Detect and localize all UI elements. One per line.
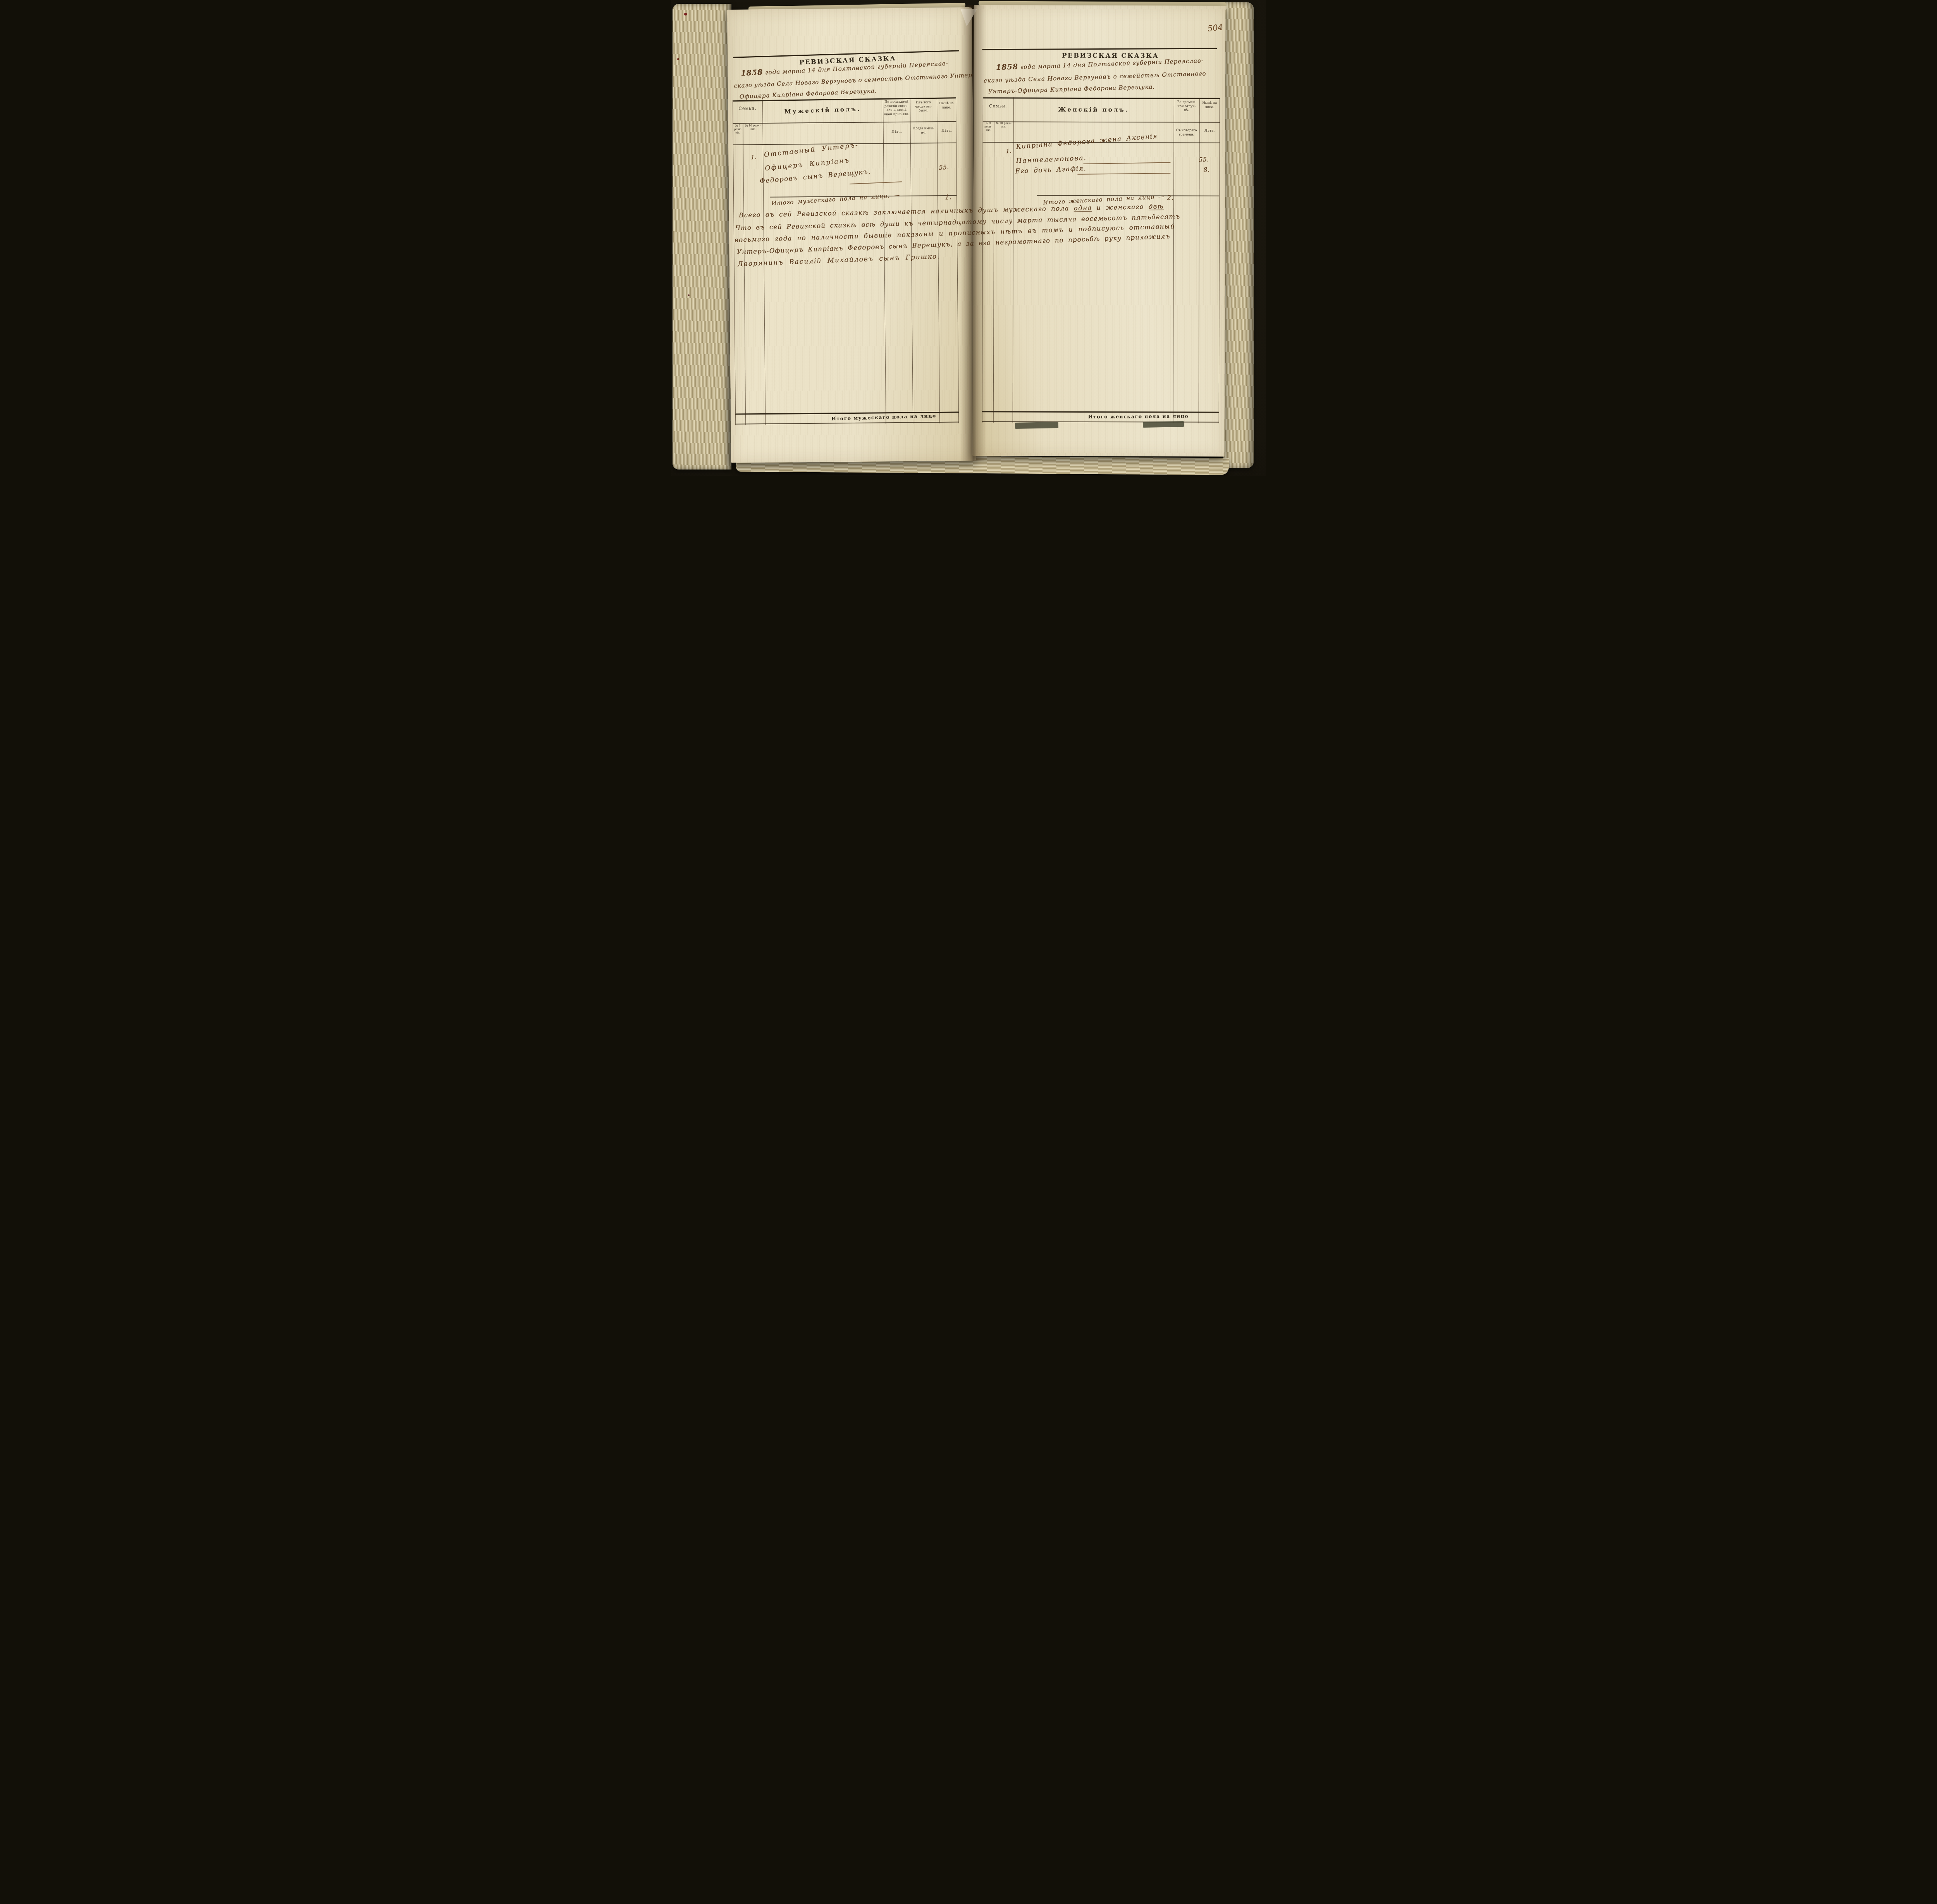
left-col-rev9-header: № 9 реви- зіи. [733, 124, 743, 134]
left-col-rev10-header: № 10 реви- зіи. [743, 124, 762, 131]
left-col-last-revision-subheader: Лѣта. [884, 130, 910, 135]
right-table-line-col2 [1199, 98, 1200, 423]
right-entry1-dash-line [1083, 162, 1170, 164]
left-col-present-subheader: Лѣта. [938, 129, 956, 134]
right-title-rule [982, 48, 1217, 50]
right-entry1-line-2: Пантелемонова. [1016, 154, 1087, 165]
dust-speck [688, 294, 690, 296]
right-heading-line-3: Унтеръ-Офицера Кипріана Федорова Верещук… [988, 83, 1155, 95]
right-entry2-line-1: Его дочь Агафія. [1015, 165, 1087, 175]
left-col-last-revision-header: По послѣдней ревизіи состо- яло и послѣ … [884, 100, 909, 116]
left-col-family-header: Семьи. [733, 106, 762, 112]
left-table-border-right [956, 98, 959, 423]
right-table-top-rule [983, 97, 1220, 99]
right-table-border-right [1219, 98, 1220, 423]
left-table-header-divider [733, 121, 956, 124]
left-col-males-header: Мужескій полъ. [762, 105, 883, 116]
page-stack-right-edge [1223, 2, 1254, 468]
left-entry-family-number: 1. [751, 153, 757, 161]
left-total-label: Итого мужескаго пола на лицо. — [771, 191, 900, 206]
right-total-value: 2. [1167, 194, 1173, 202]
right-col-present-header: Нынѣ на лицо. [1200, 101, 1219, 109]
left-col-departed-subheader: Когда имен- но. [911, 126, 936, 134]
right-col-absence-subheader: Съ котораго времени. [1175, 128, 1199, 136]
left-entry-dash-line [850, 181, 902, 184]
left-entry-line-2: Офицеръ Кипріанъ [765, 157, 850, 172]
right-table-line-family-right [1013, 97, 1014, 423]
left-table-line-col3 [937, 98, 940, 423]
left-table-bottom-rule [735, 422, 959, 425]
right-col-rev10-header: № 10 реви- зіи. [994, 122, 1013, 129]
right-table-footer-rule [982, 411, 1219, 413]
right-table-border-left [982, 97, 983, 423]
folio-page-number: 504 [1207, 22, 1223, 33]
right-col-present-subheader: Лѣта. [1200, 129, 1219, 134]
archival-book-scan: РЕВИЗСКАЯ СКАЗКА 1858 года марта 14 дня … [671, 0, 1266, 476]
right-footer-label: Итого женскаго пола на лицо [1088, 413, 1189, 420]
left-entry-age: 55. [939, 163, 949, 171]
dust-speck [677, 58, 679, 60]
left-heading-year: 1858 [741, 68, 763, 78]
right-table: Семьи. Женскій полъ. Во времен- ной отлу… [982, 97, 1220, 423]
right-heading-year: 1858 [996, 62, 1018, 72]
right-table-header-divider [983, 121, 1220, 122]
right-table-line-females-right [1173, 98, 1174, 423]
dust-speck [684, 13, 687, 15]
left-heading-line-3: Офицера Кипріана Федорова Верещука. [739, 87, 877, 100]
right-entry1-age: 55. [1199, 155, 1209, 163]
right-col-rev9-header: № 9 реви- зіи. [983, 122, 994, 132]
summary-line-1-mid: и женскаго [1092, 203, 1149, 212]
left-table-line-rev-split [743, 123, 746, 425]
right-heading-line-2: скаго уѣзда Села Новаго Вергуновъ о семе… [984, 70, 1206, 84]
left-col-departed-header: Изъ того числа вы- было. [911, 100, 936, 112]
right-table-line-rev-split [993, 121, 994, 423]
left-footer-label: Итого мужескаго пола на лицо [831, 413, 936, 421]
right-col-family-header: Семьи. [983, 103, 1013, 109]
summary-line-1-underlined-male-count: одна [1073, 204, 1092, 212]
right-entry2-dash-line [1077, 173, 1170, 174]
ink-bleed-mark [1143, 421, 1184, 428]
summary-line-1-underlined-female-count: двѣ [1148, 203, 1164, 210]
right-col-absence-header: Во времен- ной отлуч- кѣ. [1175, 100, 1199, 112]
right-entry2-age: 8. [1203, 166, 1209, 174]
right-entry1-family-number: 1. [1006, 148, 1012, 155]
left-table-border-left [733, 100, 736, 425]
right-entry1-line-1: Кипріана Федорова жена Аксенія [1016, 132, 1158, 151]
ink-bleed-mark [1015, 422, 1058, 429]
left-total-value: 1. [945, 193, 951, 201]
right-heading-line-1-text: года марта 14 дня Полтавской губерніи Пе… [1020, 57, 1203, 71]
page-stack-left-edge [673, 4, 731, 470]
left-col-present-header: Нынѣ на лицо. [938, 101, 955, 110]
right-col-females-header: Женскій полъ. [1013, 106, 1174, 114]
